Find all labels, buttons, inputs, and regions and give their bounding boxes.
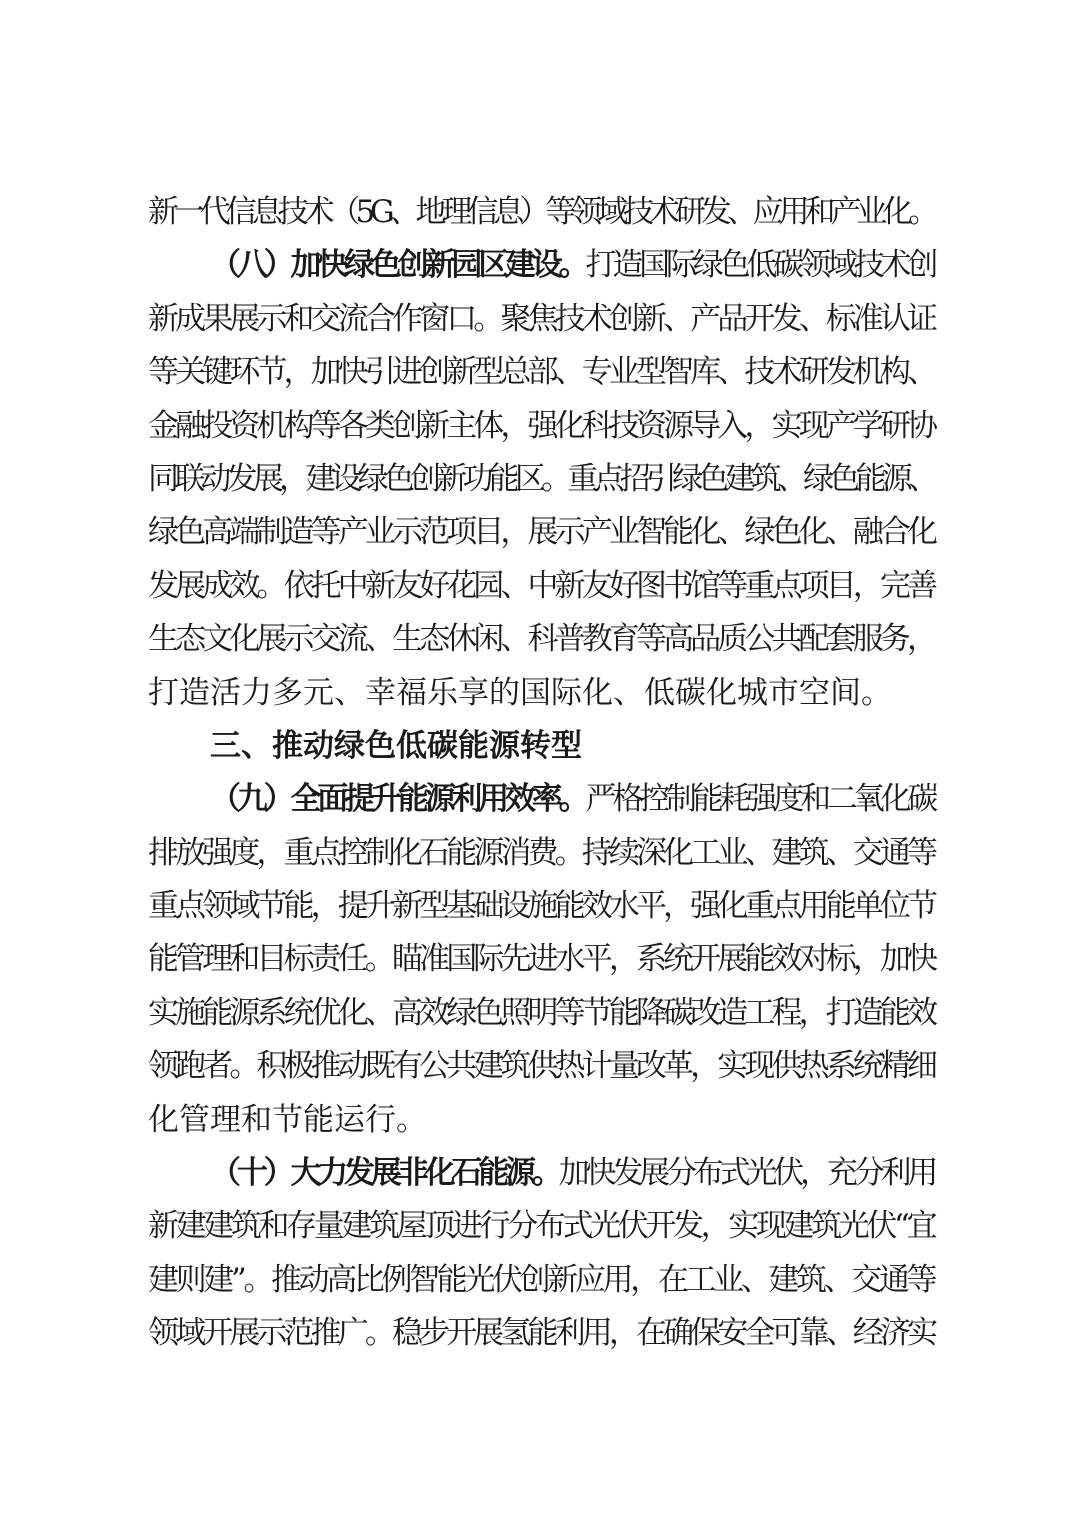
section-10-line: （十）大力发展非化石能源。加快发展分布式光伏，充分利用 <box>148 1147 934 1200</box>
body-line: 绿色高端制造等产业示范项目，展示产业智能化、绿色化、融合化 <box>148 506 934 559</box>
section-10-title: （十）大力发展非化石能源。 <box>210 1155 559 1191</box>
body-line: 新成果展示和交流合作窗口。聚焦技术创新、产品开发、标准认证 <box>148 293 934 346</box>
body-line: 新建建筑和存量建筑屋顶进行分布式光伏开发，实现建筑光伏“宜 <box>148 1200 934 1253</box>
document-page: 新一代信息技术（5G、地理信息）等领域技术研发、应用和产业化。 （八）加快绿色创… <box>148 186 934 1361</box>
body-line: 领域开展示范推广。稳步开展氢能利用，在确保安全可靠、经济实 <box>148 1307 934 1360</box>
body-line: 同联动发展，建设绿色创新功能区。重点招引绿色建筑、绿色能源、 <box>148 453 934 506</box>
section-9-line: （九）全面提升能源利用效率。严格控制能耗强度和二氧化碳 <box>148 773 934 826</box>
body-line: 新一代信息技术（5G、地理信息）等领域技术研发、应用和产业化。 <box>148 186 934 239</box>
body-line: 打造活力多元、幸福乐享的国际化、低碳化城市空间。 <box>148 667 934 720</box>
body-text: 严格控制能耗强度和二氧化碳 <box>586 781 935 817</box>
body-line: 等关键环节，加快引进创新型总部、专业型智库、技术研发机构、 <box>148 346 934 399</box>
body-line: 化管理和节能运行。 <box>148 1094 934 1147</box>
chapter-3-heading: 三、推动绿色低碳能源转型 <box>148 720 934 773</box>
body-line: 能管理和目标责任。瞄准国际先进水平，系统开展能效对标，加快 <box>148 933 934 986</box>
body-text: 加快发展分布式光伏，充分利用 <box>559 1155 934 1191</box>
section-8-title: （八）加快绿色创新园区建设。 <box>210 247 586 283</box>
body-line: 金融投资机构等各类创新主体，强化科技资源导入，实现产学研协 <box>148 400 934 453</box>
body-line: 领跑者。积极推动既有公共建筑供热计量改革，实现供热系统精细 <box>148 1040 934 1093</box>
section-9-title: （九）全面提升能源利用效率。 <box>210 781 586 817</box>
section-8-line: （八）加快绿色创新园区建设。打造国际绿色低碳领域技术创 <box>148 239 934 292</box>
body-line: 排放强度，重点控制化石能源消费。持续深化工业、建筑、交通等 <box>148 827 934 880</box>
body-line: 实施能源系统优化、高效绿色照明等节能降碳改造工程，打造能效 <box>148 987 934 1040</box>
body-line: 重点领域节能，提升新型基础设施能效水平，强化重点用能单位节 <box>148 880 934 933</box>
body-line: 生态文化展示交流、生态休闲、科普教育等高品质公共配套服务， <box>148 613 934 666</box>
body-line: 建则建”。推动高比例智能光伏创新应用，在工业、建筑、交通等 <box>148 1254 934 1307</box>
body-text: 打造国际绿色低碳领域技术创 <box>586 247 935 283</box>
body-line: 发展成效。依托中新友好花园、中新友好图书馆等重点项目，完善 <box>148 560 934 613</box>
